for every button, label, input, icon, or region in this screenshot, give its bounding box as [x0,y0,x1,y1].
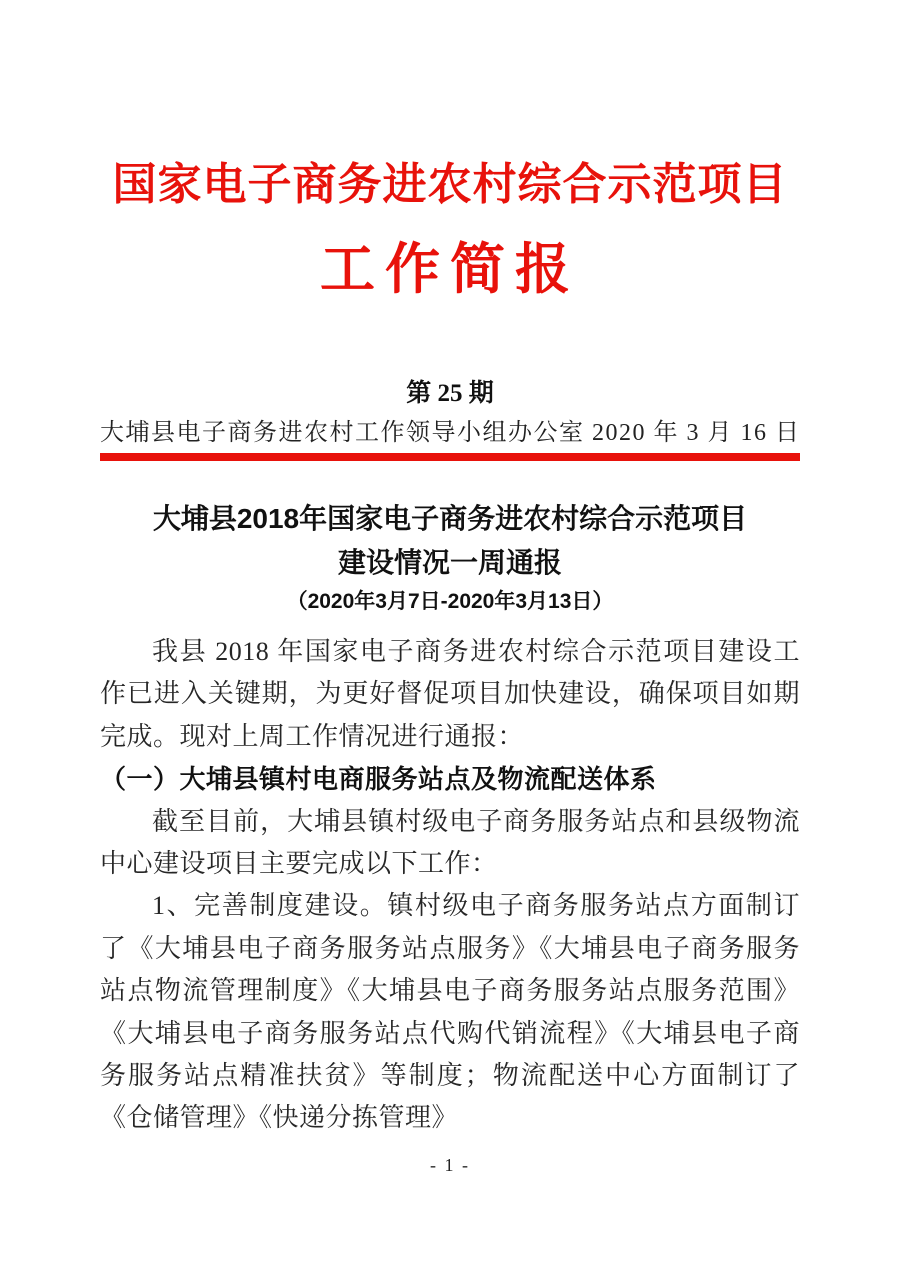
section-1-paragraph-2: 1、完善制度建设。镇村级电子商务服务站点方面制订了《大埔县电子商务服务站点服务》… [100,885,800,1139]
article-date-range: （2020年3月7日-2020年3月13日） [100,587,800,617]
article-heading-line2: 建设情况一周通报 [100,541,800,585]
briefing-document-page: 国家电子商务进农村综合示范项目 工作简报 第 25 期 大埔县电子商务进农村工作… [0,0,900,1272]
page-number: - 1 - [0,1155,900,1176]
article-body: 我县 2018 年国家电子商务进农村综合示范项目建设工作已进入关键期，为更好督促… [100,631,800,1140]
masthead-title-line1: 国家电子商务进农村综合示范项目 [100,155,800,215]
red-double-rule-divider [100,453,800,461]
issuing-office-and-date: 大埔县电子商务进农村工作领导小组办公室 2020 年 3 月 16 日 [100,417,800,449]
intro-paragraph: 我县 2018 年国家电子商务进农村综合示范项目建设工作已进入关键期，为更好督促… [100,631,800,758]
section-1-paragraph-1: 截至目前，大埔县镇村级电子商务服务站点和县级物流中心建设项目主要完成以下工作： [100,801,800,886]
masthead-title-line2: 工作简报 [100,235,800,305]
section-1-heading: （一）大埔县镇村电商服务站点及物流配送体系 [100,758,800,800]
document-content: 国家电子商务进农村综合示范项目 工作简报 第 25 期 大埔县电子商务进农村工作… [0,155,900,1140]
article-heading-line1: 大埔县2018年国家电子商务进农村综合示范项目 [100,497,800,541]
issue-number: 第 25 期 [100,377,800,411]
